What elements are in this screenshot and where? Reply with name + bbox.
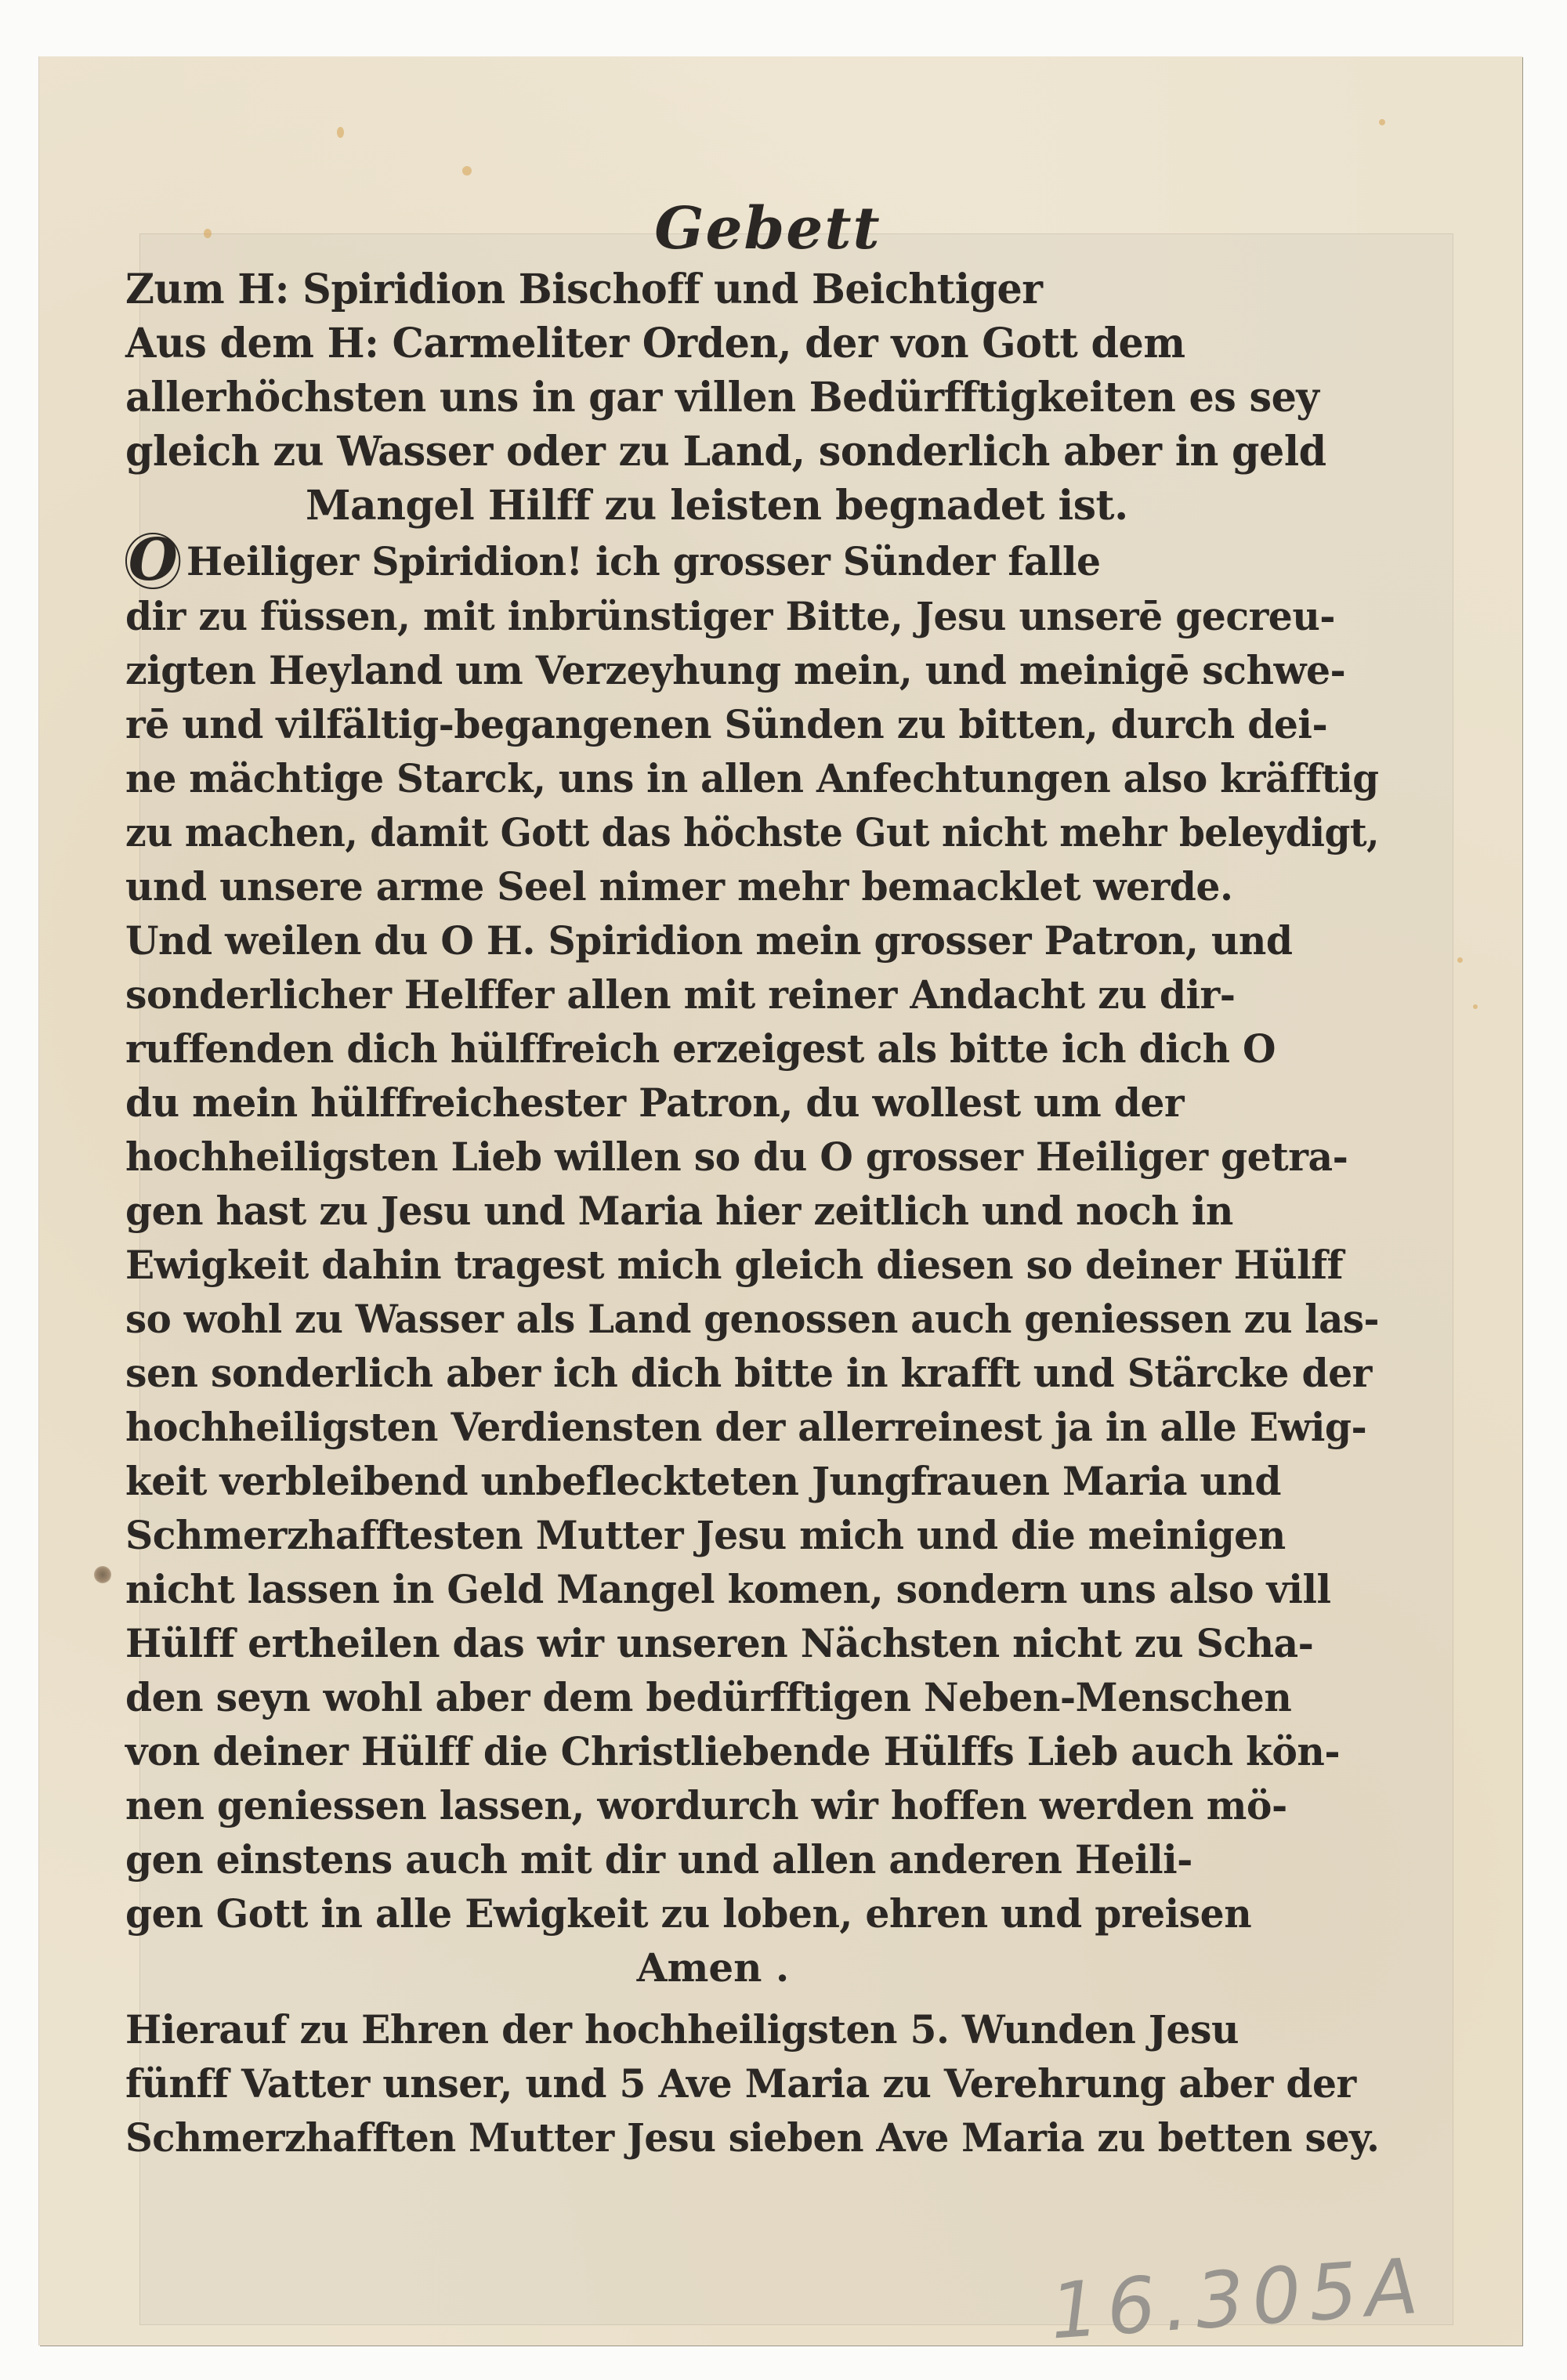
postscript-line: fünff Vatter unser, und 5 Ave Maria zu V… (125, 2056, 1379, 2111)
postscript-instructions: Hierauf zu Ehren der hochheiligsten 5. W… (125, 2002, 1410, 2165)
stain-spot (94, 1566, 111, 1583)
prayer-line: und unsere arme Seel nimer mehr bemackle… (125, 859, 1379, 913)
prayer-line: gen Gott in alle Ewigkeit zu loben, ehre… (125, 1886, 1379, 1941)
prayer-line: ruffenden dich hülffreich erzeigest als … (125, 1022, 1379, 1076)
prayer-line: Ewigkeit dahin tragest mich gleich diese… (125, 1238, 1379, 1292)
foxing-spot (1473, 1004, 1478, 1009)
prayer-line: keit verbleibend unbefleckteten Jungfrau… (125, 1454, 1379, 1508)
prayer-line: Und weilen du O H. Spiridion mein grosse… (125, 913, 1379, 968)
document-title: Gebett (125, 200, 1410, 258)
prayer-line: den seyn wohl aber dem bedürfftigen Nebe… (125, 1670, 1379, 1724)
prayer-line: sonderlicher Helffer allen mit reiner An… (125, 968, 1379, 1022)
foxing-spot (337, 127, 344, 138)
prayer-line: OHeiliger Spiridion! ich grosser Sünder … (125, 533, 1379, 589)
heading-line: Zum H: Spiridion Bischoff und Beichtiger (125, 262, 1379, 316)
prayer-line: hochheiligsten Lieb willen so du O gross… (125, 1130, 1379, 1184)
prayer-line: nen geniessen lassen, wordurch wir hoffe… (125, 1778, 1379, 1832)
prayer-line: Schmerzhafftesten Mutter Jesu mich und d… (125, 1508, 1379, 1562)
prayer-line: du mein hülffreichester Patron, du wolle… (125, 1076, 1379, 1130)
heading-line: gleich zu Wasser oder zu Land, sonderlic… (125, 425, 1379, 479)
decorated-initial: O (125, 533, 180, 589)
prayer-line: gen hast zu Jesu und Maria hier zeitlich… (125, 1184, 1379, 1238)
heading-line: Aus dem H: Carmeliter Orden, der von Got… (125, 316, 1379, 371)
prayer-line: zigten Heyland um Verzeyhung mein, und m… (125, 643, 1379, 697)
prayer-line: so wohl zu Wasser als Land genossen auch… (125, 1292, 1364, 1346)
foxing-spot (462, 166, 472, 175)
prayer-body: OHeiliger Spiridion! ich grosser Sünder … (125, 533, 1410, 1995)
postscript-line: Schmerzhafften Mutter Jesu sieben Ave Ma… (125, 2111, 1362, 2165)
heading-line: allerhöchsten uns in gar villen Bedürfft… (125, 371, 1379, 425)
prayer-line: dir zu füssen, mit inbrünstiger Bitte, J… (125, 589, 1379, 643)
prayer-line: hochheiligsten Verdiensten der allerrein… (125, 1400, 1379, 1454)
prayer-line: ne mächtige Starck, uns in allen Anfecht… (125, 751, 1367, 805)
prayer-line: gen einstens auch mit dir und allen ande… (125, 1832, 1379, 1886)
prayer-line: Hülff ertheilen das wir unseren Nächsten… (125, 1616, 1379, 1670)
amen-closing: Amen . (125, 1941, 1410, 1995)
dedication-heading: Zum H: Spiridion Bischoff und Beichtiger… (125, 262, 1410, 533)
prayer-line: rē und vilfältig-begangenen Sünden zu bi… (125, 697, 1379, 751)
prayer-text-block: Gebett Zum H: Spiridion Bischoff und Bei… (125, 200, 1410, 2165)
prayer-line: von deiner Hülff die Christliebende Hülf… (125, 1724, 1379, 1778)
postscript-line: Hierauf zu Ehren der hochheiligsten 5. W… (125, 2002, 1379, 2056)
foxing-spot (1457, 957, 1463, 963)
foxing-spot (1379, 119, 1385, 125)
prayer-line: zu machen, damit Gott das höchste Gut ni… (125, 805, 1335, 859)
prayer-line: nicht lassen in Geld Mangel komen, sonde… (125, 1562, 1379, 1616)
prayer-line: sen sonderlich aber ich dich bitte in kr… (125, 1346, 1379, 1400)
prayer-line-text: Heiliger Spiridion! ich grosser Sünder f… (186, 538, 1101, 584)
heading-line: Mangel Hilff zu leisten begnadet ist. (125, 479, 1410, 533)
